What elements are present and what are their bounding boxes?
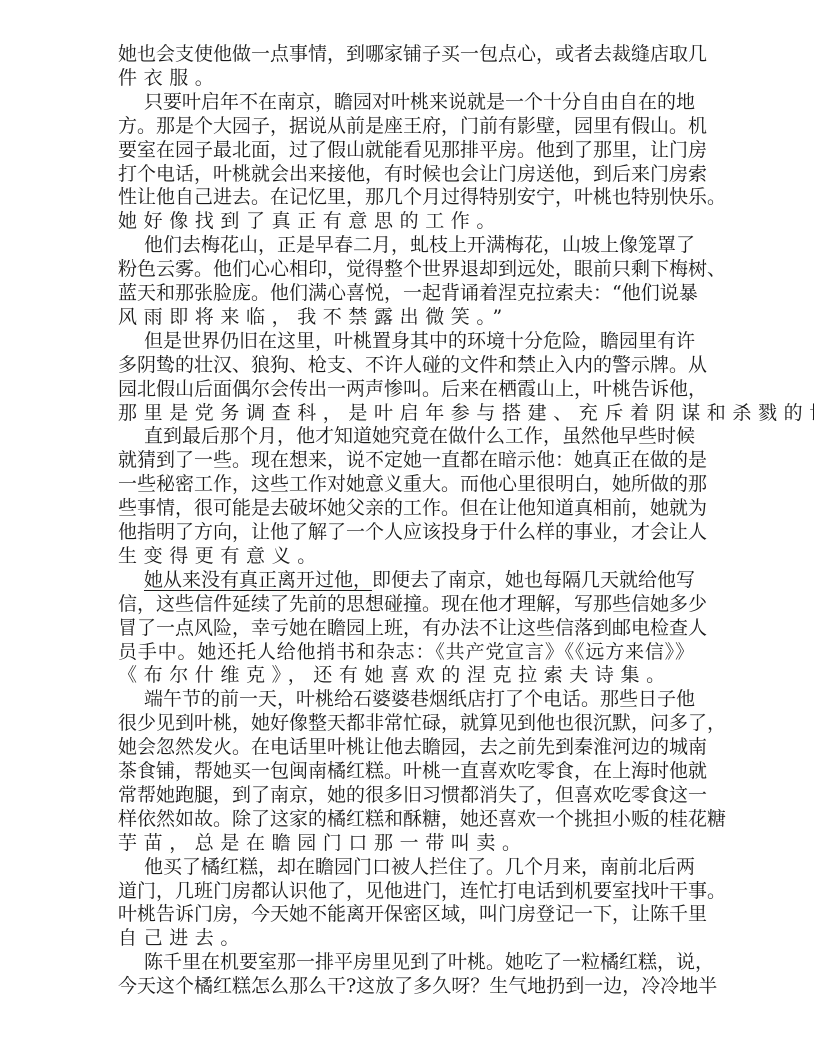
underlined-sentence: 她从来没有真正离开过他， xyxy=(144,569,372,591)
text-line: 今天这个橘红糕怎么那么干?这放了多久呀？生气地扔到一边，冷冷地半 xyxy=(118,974,694,998)
text-line: 一些秘密工作，这些工作对她意义重大。而他心里很明白，她所做的那 xyxy=(118,472,694,496)
text-line: 芋苗，总是在瞻园门口那一带叫卖。 xyxy=(118,831,694,855)
paragraph-first-line: 但是世界仍旧在这里，叶桃置身其中的环境十分危险，瞻园里有许 xyxy=(144,329,694,353)
text-line: 冒了一点风险，幸亏她在瞻园上班，有办法不让这些信落到邮电检查人 xyxy=(118,616,694,640)
paragraph-first-line: 只要叶启年不在南京，瞻园对叶桃来说就是一个十分自由自在的地 xyxy=(144,90,694,114)
paragraph-first-line: 她从来没有真正离开过他，即便去了南京，她也每隔几天就给他写 xyxy=(144,568,694,592)
text-line: 要室在园子最北面，过了假山就能看见那排平房。他到了那里，让门房 xyxy=(118,138,694,162)
text-line: 员手中。她还托人给他捎书和杂志：《共产党宣言》《《远方来信》》 xyxy=(118,640,694,664)
text-line: 他指明了方向，让他了解了一个人应该投身于什么样的事业，才会让人 xyxy=(118,520,694,544)
text-line: 园北假山后面偶尔会传出一两声惨叫。后来在栖霞山上，叶桃告诉他， xyxy=(118,377,694,401)
text-line: 样依然如故。除了这家的橘红糕和酥糖，她还喜欢一个挑担小贩的桂花糖 xyxy=(118,807,694,831)
document-page: 她也会支使他做一点事情，到哪家铺子买一包点心，或者去裁缝店取几件衣服。只要叶启年… xyxy=(0,0,814,1047)
text-line: 茶食铺，帮她买一包闽南橘红糕。叶桃一直喜欢吃零食，在上海时他就 xyxy=(118,759,694,783)
text-line: 叶桃告诉门房，今天她不能离开保密区域，叫门房登记一下，让陈千里 xyxy=(118,902,694,926)
text-line: 生变得更有意义。 xyxy=(118,544,694,568)
text-line: 她也会支使他做一点事情，到哪家铺子买一包点心，或者去裁缝店取几 xyxy=(118,42,694,66)
text-span: 即便去了南京，她也每隔几天就给他写 xyxy=(372,569,695,591)
text-line: 她好像找到了真正有意思的工作。 xyxy=(118,209,694,233)
paragraph-first-line: 他买了橘红糕，却在瞻园门口被人拦住了。几个月来，南前北后两 xyxy=(144,855,694,879)
text-line: 件衣服。 xyxy=(118,66,694,90)
text-line: 信，这些信件延续了先前的思想碰撞。现在他才理解，写那些信她多少 xyxy=(118,592,694,616)
text-line: 她会忽然发火。在电话里叶桃让他去瞻园，去之前先到秦淮河边的城南 xyxy=(118,735,694,759)
paragraph-first-line: 他们去梅花山，正是早春二月，虬枝上开满梅花，山坡上像笼罩了 xyxy=(144,233,694,257)
text-line: 打个电话，叶桃就会出来接他，有时候也会让门房送他，到后来门房索 xyxy=(118,162,694,186)
text-line: 性让他自己进去。在记忆里，那几个月过得特别安宁，叶桃也特别快乐。 xyxy=(118,185,694,209)
text-line: 就猜到了一些。现在想来，说不定她一直都在暗示他：她真正在做的是 xyxy=(118,448,694,472)
text-line: 那里是党务调查科，是叶启年参与搭建、充斥着阴谋和杀戮的世界。 xyxy=(118,401,694,425)
paragraph-first-line: 陈千里在机要室那一排平房里见到了叶桃。她吃了一粒橘红糕，说， xyxy=(144,950,694,974)
text-line: 常帮她跑腿，到了南京，她的很多旧习惯都消失了，但喜欢吃零食这一 xyxy=(118,783,694,807)
text-line: 道门，几班门房都认识他了，见他进门，连忙打电话到机要室找叶干事。 xyxy=(118,879,694,903)
text-line: 很少见到叶桃，她好像整天都非常忙碌，就算见到他也很沉默，问多了， xyxy=(118,711,694,735)
text-line: 方。那是个大园子，据说从前是座王府，门前有影壁，园里有假山。机 xyxy=(118,114,694,138)
text-line: 些事情，很可能是去破坏她父亲的工作。但在让他知道真相前，她就为 xyxy=(118,496,694,520)
text-line: 自己进去。 xyxy=(118,926,694,950)
paragraph-first-line: 端午节的前一天，叶桃给石婆婆巷烟纸店打了个电话。那些日子他 xyxy=(144,687,694,711)
text-line: 《布尔什维克》，还有她喜欢的涅克拉索夫诗集。 xyxy=(118,663,694,687)
text-line: 粉色云雾。他们心心相印，觉得整个世界退却到远处，眼前只剩下梅树、 xyxy=(118,257,694,281)
text-line: 风雨即将来临，我不禁露出微笑。” xyxy=(118,305,694,329)
text-line: 多阴鸷的壮汉、狼狗、枪支、不许人碰的文件和禁止入内的警示牌。从 xyxy=(118,353,694,377)
paragraph-first-line: 直到最后那个月，他才知道她究竟在做什么工作，虽然他早些时候 xyxy=(144,424,694,448)
text-line: 蓝天和那张脸庞。他们满心喜悦，一起背诵着涅克拉索夫：“他们说暴 xyxy=(118,281,694,305)
